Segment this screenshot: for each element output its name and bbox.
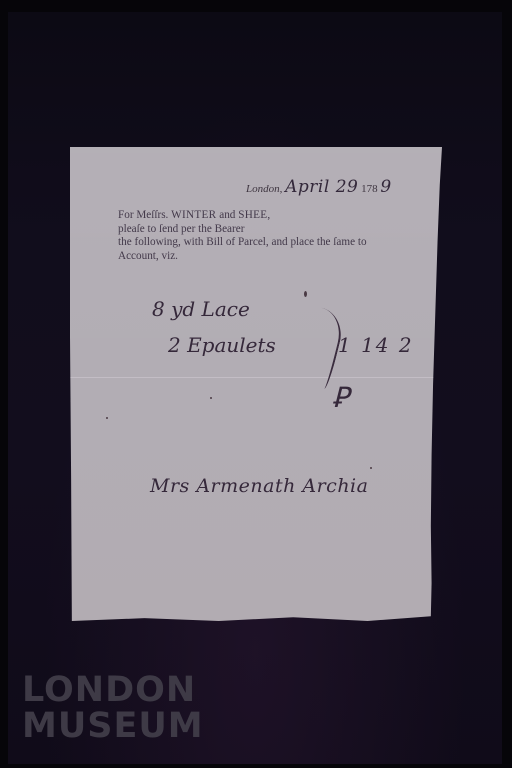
year-handwritten-digit: 9 — [380, 177, 391, 197]
printed-line-2: pleaſe to ſend per the Bearer — [118, 223, 367, 237]
addressee-line: For Meſſrs. WINTER and SHEE, — [118, 209, 367, 223]
year-printed: 178 — [361, 183, 378, 195]
watermark-line-2: MUSEUM — [22, 708, 204, 744]
item-epaulets: 2 Epaulets — [168, 333, 276, 357]
bill-document: London, April 29 178 9 For Meſſrs. WINTE… — [70, 147, 442, 621]
amount-total: 1 14 2 — [338, 333, 414, 357]
ink-spot — [106, 417, 108, 419]
ink-spot — [210, 397, 212, 399]
watermark-line-1: LONDON — [22, 672, 204, 708]
slide-photograph: London, April 29 178 9 For Meſſrs. WINTE… — [0, 0, 512, 768]
printed-line-4: Account, viz. — [118, 250, 367, 264]
ink-spot — [304, 291, 307, 297]
signature: Mrs Armenath Archia — [150, 475, 368, 497]
london-museum-watermark: LONDON MUSEUM — [22, 672, 204, 744]
date-handwritten: April 29 — [285, 177, 358, 197]
paper-fold-line — [70, 377, 442, 378]
firm-name-shee: SHEE, — [238, 209, 270, 221]
addressee-and: and — [216, 209, 238, 221]
place-printed: London, — [246, 183, 282, 195]
item-lace: 8 yd Lace — [152, 297, 250, 321]
printed-line-3: the following, with Bill of Parcel, and … — [118, 236, 367, 250]
ink-spot — [370, 467, 372, 469]
printed-instructions: For Meſſrs. WINTER and SHEE, pleaſe to ſ… — [118, 209, 367, 263]
firm-name-winter: WINTER — [171, 209, 216, 221]
date-line: London, April 29 178 9 — [246, 177, 392, 197]
addressee-prefix: For Meſſrs. — [118, 209, 171, 221]
receipt-mark: Ꝑ — [332, 381, 349, 414]
